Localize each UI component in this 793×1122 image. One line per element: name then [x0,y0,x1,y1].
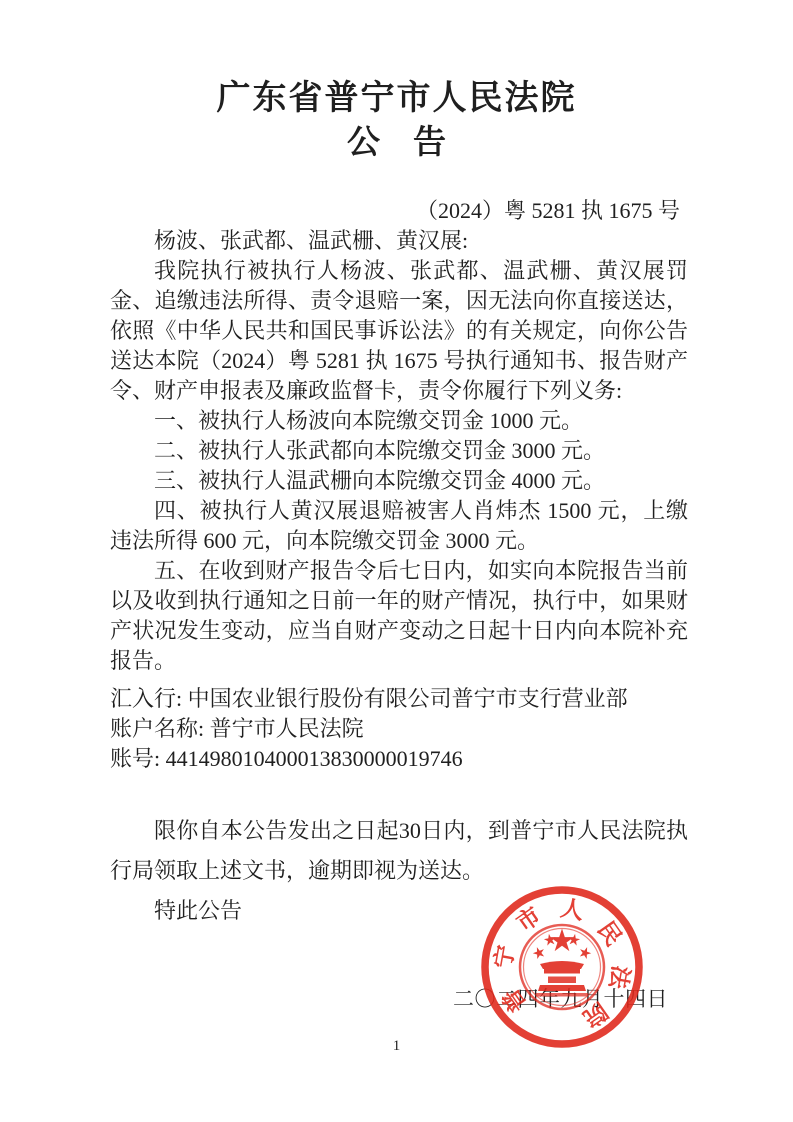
court-name-title: 广东省普宁市人民法院 [0,80,793,118]
obligation-item: 三、被执行人温武栅向本院缴交罚金 4000 元。 [110,466,688,496]
account-name-label: 账户名称: [110,716,204,741]
page-number: 1 [0,1038,793,1055]
obligation-item: 一、被执行人杨波向本院缴交罚金 1000 元。 [110,406,688,436]
notice-document-page: 广东省普宁市人民法院 公 告 （2024）粤 5281 执 1675 号 杨波、… [0,0,793,1122]
account-number-value: 441498010400013830000019746 [166,746,463,771]
remit-bank-label: 汇入行: [110,686,182,711]
salutation-line: 杨波、张武都、温武栅、黄汉展: [110,226,688,256]
notice-title: 公 告 [0,124,793,162]
main-paragraph: 我院执行被执行人杨波、张武都、温武栅、黄汉展罚金、追缴违法所得、责令退赔一案，因… [110,256,688,406]
svg-text:宁: 宁 [491,943,520,970]
remit-bank-value: 中国农业银行股份有限公司普宁市支行营业部 [188,686,628,711]
case-number: （2024）粤 5281 执 1675 号 [105,197,680,225]
date-line: 二〇二四年九月十四日 [453,986,668,1012]
bank-details: 汇入行: 中国农业银行股份有限公司普宁市支行营业部 账户名称: 普宁市人民法院 … [110,684,688,774]
obligation-item: 二、被执行人张武都向本院缴交罚金 3000 元。 [110,436,688,466]
remit-bank-line: 汇入行: 中国农业银行股份有限公司普宁市支行营业部 [110,684,688,714]
notice-body: 杨波、张武都、温武栅、黄汉展: 我院执行被执行人杨波、张武都、温武栅、黄汉展罚金… [110,226,688,676]
account-number-line: 账号: 441498010400013830000019746 [110,744,688,774]
account-name-line: 账户名称: 普宁市人民法院 [110,714,688,744]
closing-statement: 特此公告 [110,891,688,931]
closing-section: 限你自本公告发出之日起30日内，到普宁市人民法院执行局领取上述文书，逾期即视为送… [110,811,688,931]
account-number-label: 账号: [110,746,160,771]
account-name-value: 普宁市人民法院 [210,716,364,741]
obligation-item: 四、被执行人黄汉展退赔被害人肖炜杰 1500 元，上缴违法所得 600 元，向本… [110,496,688,556]
closing-paragraph: 限你自本公告发出之日起30日内，到普宁市人民法院执行局领取上述文书，逾期即视为送… [110,811,688,891]
obligation-item: 五、在收到财产报告令后七日内，如实向本院报告当前以及收到执行通知之日前一年的财产… [110,556,688,676]
